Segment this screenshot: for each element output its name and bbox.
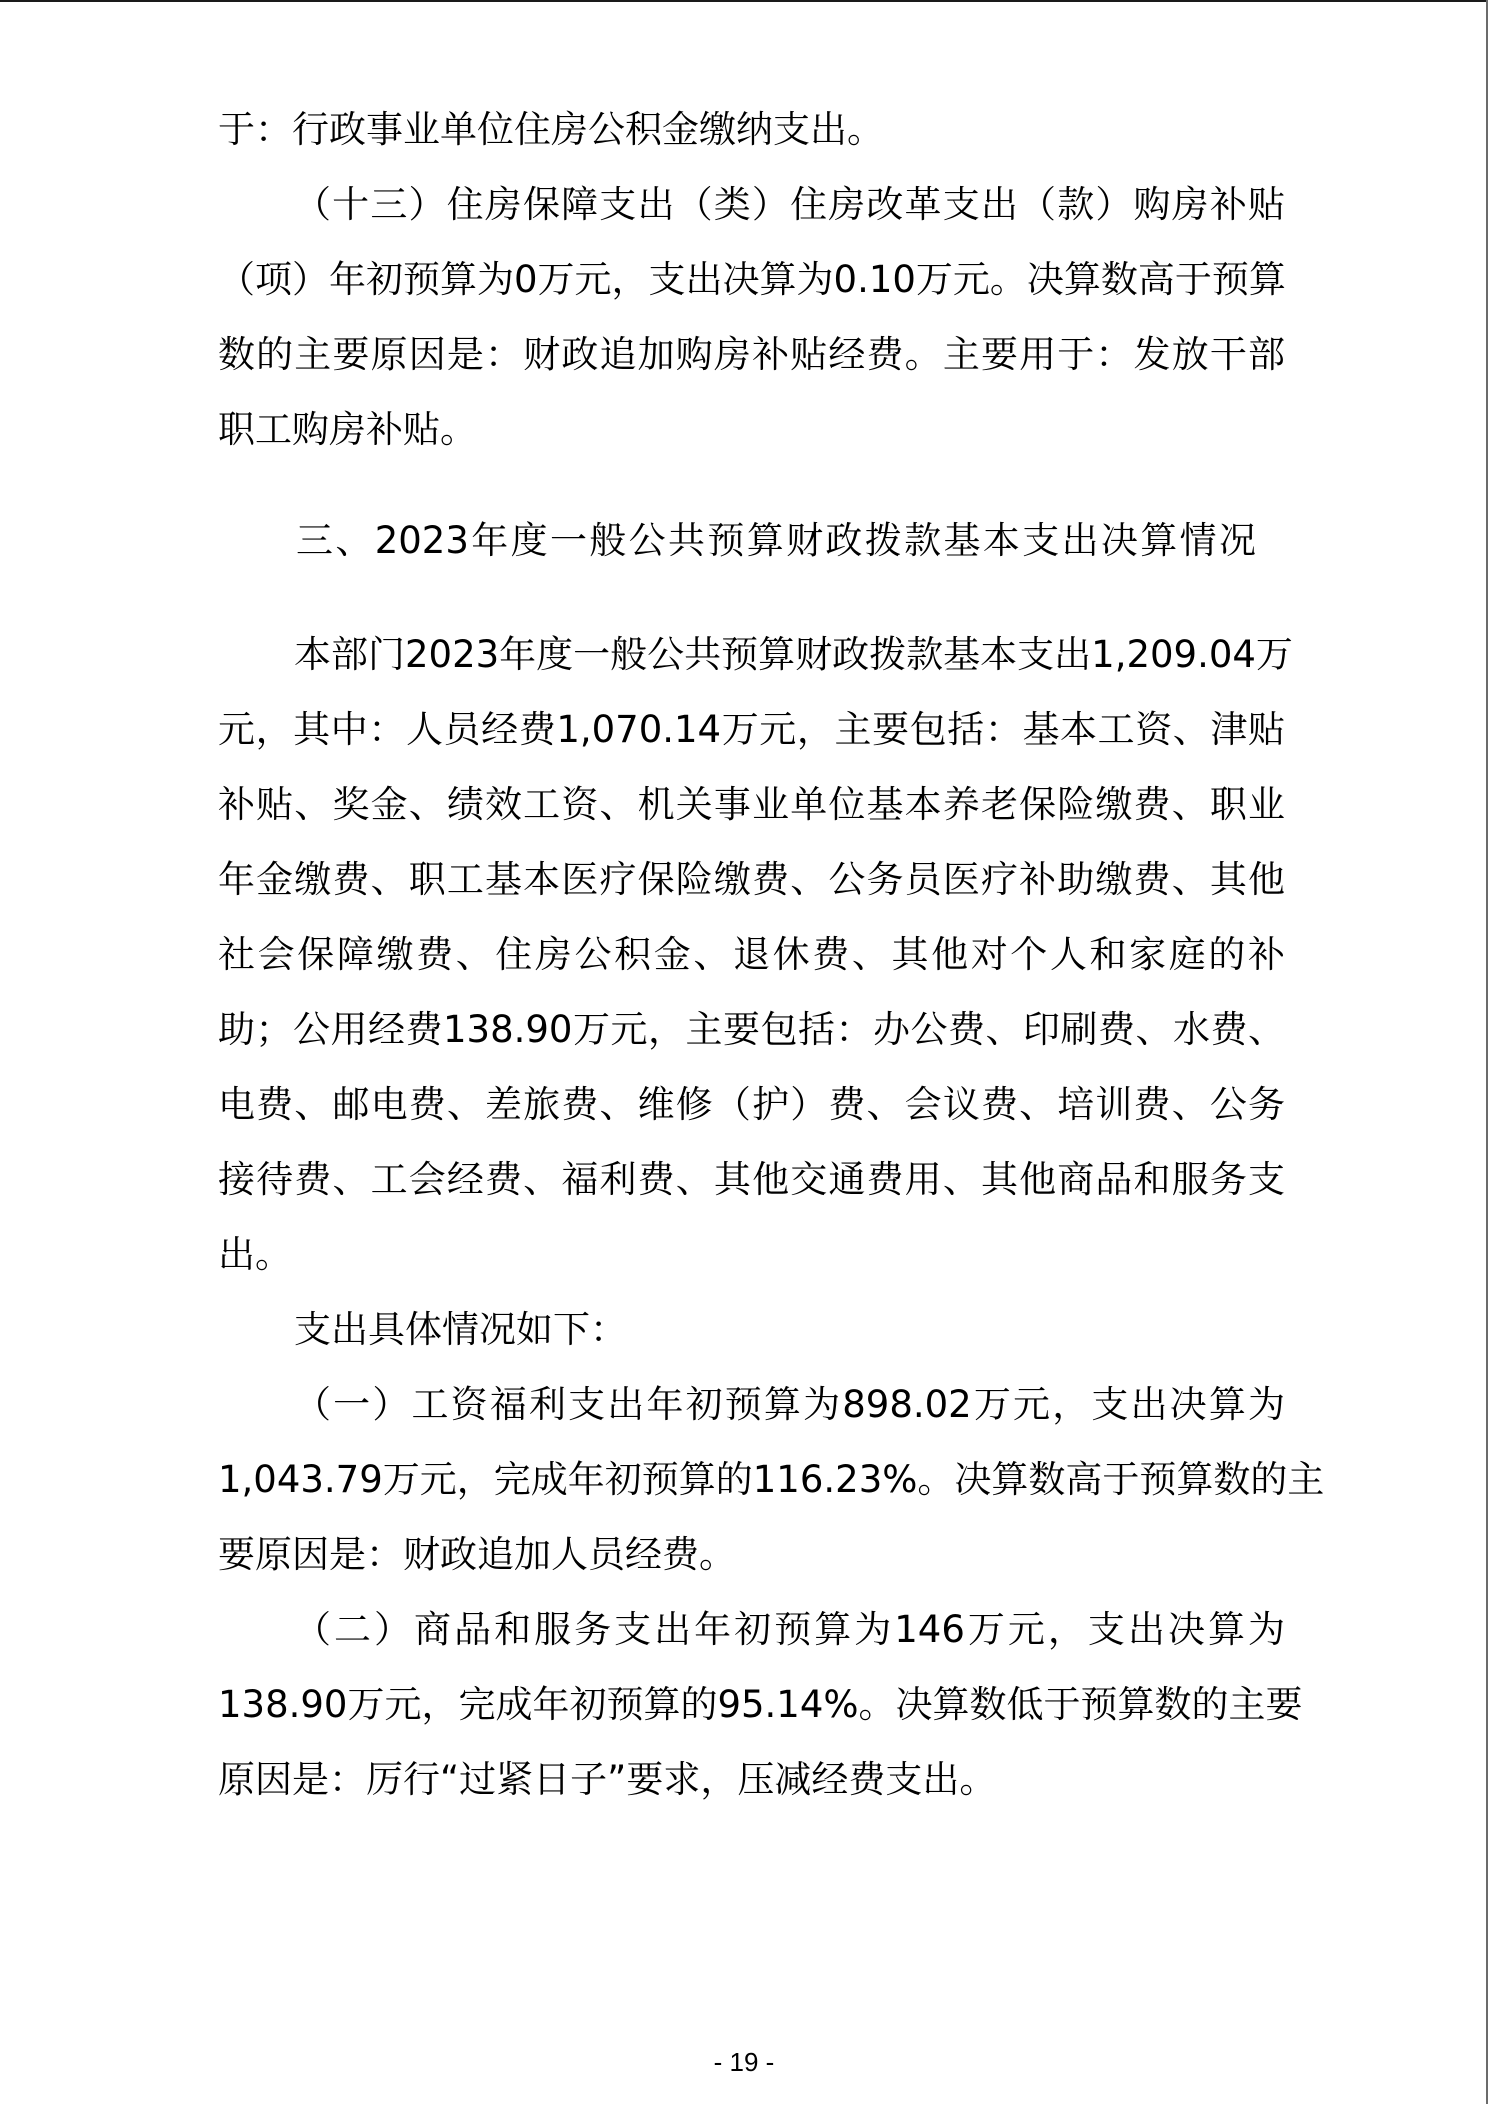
text-line: （一）工资福利支出年初预算为898.02万元，支出决算为 [294,1367,1285,1442]
text-line: 原因是：厉行“过紧日子”要求，压减经费支出。 [218,1742,1285,1817]
text-line: 支出具体情况如下： [294,1292,1285,1367]
text-line: 助；公用经费138.90万元，主要包括：办公费、印刷费、水费、 [218,992,1285,1067]
text-line: 社会保障缴费、住房公积金、退休费、其他对个人和家庭的补 [218,917,1285,992]
page-number: - 19 - [0,2044,1488,2080]
text-line: 电费、邮电费、差旅费、维修（护）费、会议费、培训费、公务 [218,1067,1285,1142]
text-line: 年金缴费、职工基本医疗保险缴费、公务员医疗补助缴费、其他 [218,842,1285,917]
text-line: （十三）住房保障支出（类）住房改革支出（款）购房补贴 [294,167,1285,242]
text-line: 要原因是：财政追加人员经费。 [218,1517,1285,1592]
text-line: 于：行政事业单位住房公积金缴纳支出。 [218,92,1285,167]
text-line: 职工购房补贴。 [218,392,1285,467]
text-line: 补贴、奖金、绩效工资、机关事业单位基本养老保险缴费、职业 [218,767,1285,842]
text-line: 元，其中：人员经费1,070.14万元，主要包括：基本工资、津贴 [218,692,1285,767]
document-page: 于：行政事业单位住房公积金缴纳支出。 （十三）住房保障支出（类）住房改革支出（款… [0,0,1488,2104]
text-line: 出。 [218,1217,1285,1292]
section-heading: 三、2023年度一般公共预算财政拨款基本支出决算情况 [296,503,1256,578]
text-line: 1,043.79万元，完成年初预算的116.23%。决算数高于预算数的主 [218,1442,1285,1517]
text-line: 本部门2023年度一般公共预算财政拨款基本支出1,209.04万 [294,617,1285,692]
text-line: 接待费、工会经费、福利费、其他交通费用、其他商品和服务支 [218,1142,1285,1217]
text-line: （项）年初预算为0万元，支出决算为0.10万元。决算数高于预算 [218,242,1285,317]
text-line: 数的主要原因是：财政追加购房补贴经费。主要用于：发放干部 [218,317,1285,392]
text-line: （二）商品和服务支出年初预算为146万元，支出决算为 [294,1592,1285,1667]
text-line: 138.90万元，完成年初预算的95.14%。决算数低于预算数的主要 [218,1667,1285,1742]
